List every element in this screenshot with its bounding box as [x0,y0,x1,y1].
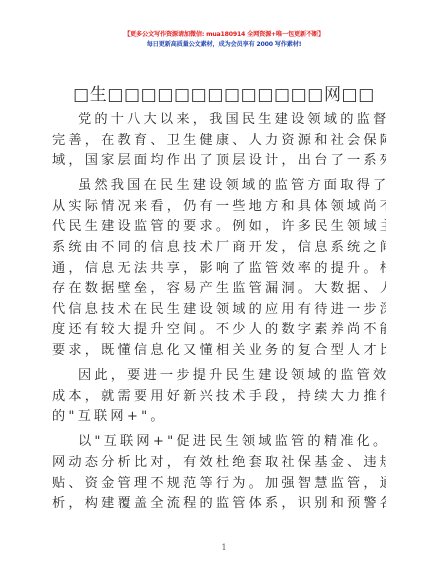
promo-banner-line-2: 每日更新高质量公文素材，成为会员享有 2000 写作素材! [0,39,448,48]
text-line: 完善，在教育、卫生健康、人力资源和社会保障、民政等领 [52,131,386,152]
text-line: 网动态分析比对，有效杜绝套取社保基金、违规领取资金补 [52,453,386,474]
document-title: □生□□□□□□□□□□□□□网□□ [0,80,448,105]
text-line: 度还有较大提升空间。不少人的数字素养尚不能适应新形势新 [52,320,386,341]
text-line: 系统由不同的信息技术厂商开发，信息系统之间无法互联互 [52,238,386,259]
text-line: 通，信息无法共享，影响了监管效率的提升。相关部门之间还 [52,259,386,280]
text-line: 代信息技术在民生建设领域的应用有待进一步深化，智慧化程 [52,300,386,321]
page-number: 1 [0,543,448,552]
paragraph-1: 党的十八大以来，我国民生建设领域的监督管理体系不断 完善，在教育、卫生健康、人力… [52,110,386,172]
paragraph-3: 因此，要进一步提升民生建设领域的监管效率、降低监管 成本，就需要用好新兴技术手段… [52,366,386,428]
document-body: 党的十八大以来，我国民生建设领域的监督管理体系不断 完善，在教育、卫生健康、人力… [52,110,386,519]
text-line: 党的十八大以来，我国民生建设领域的监督管理体系不断 [52,110,386,131]
text-line: 析，构建覆盖全流程的监管体系，识别和预警各类违规行为。 [52,494,386,515]
text-line: 成本，就需要用好新兴技术手段，持续大力推行民生建设领域 [52,387,386,408]
text-line: 虽然我国在民生建设领域的监管方面取得了很大成绩，但 [52,176,386,197]
text-line: 贴、资金管理不规范等行为。加强智慧监管，通过大数据分 [52,474,386,495]
promo-banner-line-1: 【更多公文写作资源请加微信: mua180914 全网资源+唯一包更新不断】 [0,29,448,38]
document-page: 【更多公文写作资源请加微信: mua180914 全网资源+唯一包更新不断】 每… [0,0,448,580]
text-line: 要求，既懂信息化又懂相关业务的复合型人才比较匮乏。 [52,341,386,362]
paragraph-2: 虽然我国在民生建设领域的监管方面取得了很大成绩，但 从实际情况来看，仍有一些地方… [52,176,386,361]
text-line: 以"互联网+"促进民生领域监管的精准化。可通过数据联 [52,432,386,453]
text-line: 域，国家层面均作出了顶层设计，出台了一系列政策措施。 [52,151,386,172]
text-line: 代民生建设监管的要求。例如，许多民生领域主管部门的信息 [52,217,386,238]
text-line: 从实际情况来看，仍有一些地方和具体领域尚不适应数字化时 [52,197,386,218]
text-line: 存在数据壁垒，容易产生监管漏洞。大数据、人工智能等新一 [52,279,386,300]
text-line: 因此，要进一步提升民生建设领域的监管效率、降低监管 [52,366,386,387]
paragraph-4: 以"互联网+"促进民生领域监管的精准化。可通过数据联 网动态分析比对，有效杜绝套… [52,432,386,514]
text-line: 的"互联网+"。 [52,407,386,428]
